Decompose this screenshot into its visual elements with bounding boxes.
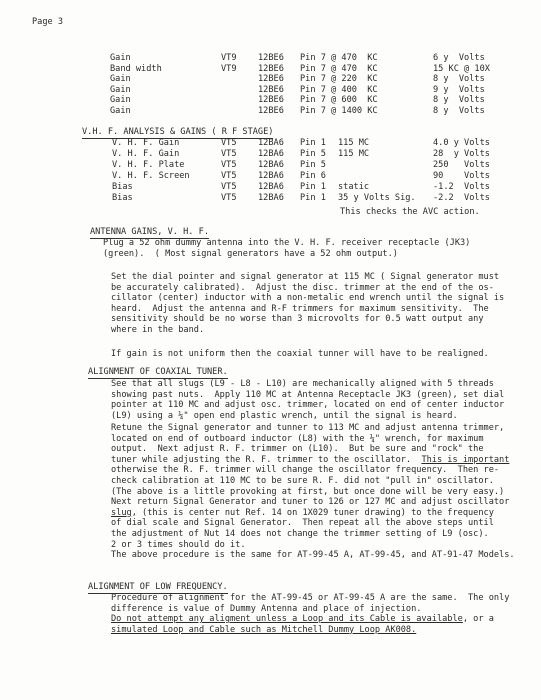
coax-p2-pre-text: check calibration at 110 MC to be sure R… — [111, 476, 494, 486]
page-label: Page 3 — [32, 17, 63, 27]
coax-p2-line: located on end of outboard inductor (L8)… — [111, 434, 541, 445]
coax-p2-pre-text: Retune the Signal generator and tunner t… — [111, 423, 504, 433]
coaxial-tuner-heading: ALIGNMENT OF COAXIAL TUNER. — [88, 367, 228, 379]
vhf-label: Bias — [112, 193, 133, 204]
warning-underlined-text: Do not attempt any aligment unless a Loo… — [111, 614, 463, 624]
vhf-value: 90 Volts — [433, 171, 490, 182]
vhf-tube: 12BA6 — [258, 149, 284, 160]
vhf-label: Bias — [112, 182, 133, 193]
vhf-tube: 12BA6 — [258, 182, 284, 193]
antenna-p2-line: sensitivity should be no worse than 3 mi… — [111, 314, 541, 325]
coax-p2-line: tuner while adjusting the R. F. trimmer … — [111, 455, 541, 466]
coax-p2-line: Next return Signal Generator and tuner t… — [111, 497, 541, 508]
vhf-tube: 12BA6 — [258, 171, 284, 182]
vhf-label: V. H. F. Gain — [112, 149, 179, 160]
coax-p2-pre-text: located on end of outboard inductor (L8)… — [111, 434, 484, 444]
if-label: Gain — [110, 95, 131, 106]
coax-p2-ul-text: slug — [111, 508, 132, 518]
coax-p2-line: (The above is a little provoking at firs… — [111, 487, 541, 498]
if-label: Gain — [110, 85, 131, 96]
if-pin: Pin 7 @ 470 KC — [300, 64, 378, 75]
vhf-cond: 35 y Volts Sig. — [338, 193, 416, 204]
coax-p2-pre-text: output. Next adjust R. F. trimmer on (L1… — [111, 444, 484, 454]
vhf-value: -2.2 Volts — [433, 193, 490, 204]
coax-p2-line: check calibration at 110 MC to be sure R… — [111, 476, 541, 487]
coax-p2-pre-text: otherwise the R. F. trimmer will change … — [111, 465, 499, 475]
coax-p2-pre-text: 2 or 3 times should do it. — [111, 540, 246, 550]
if-pin: Pin 7 @ 220 KC — [300, 74, 378, 85]
low-frequency-warning: Do not attempt any aligment unless a Loo… — [111, 614, 541, 635]
warning-line-2: simulated Loop and Cable such as Mitchel… — [111, 625, 541, 636]
coax-p2-line: The above procedure is the same for AT-9… — [111, 550, 541, 561]
if-value: 8 y Volts — [433, 74, 485, 85]
if-tube: 12BE6 — [258, 95, 284, 106]
vhf-tube_ref: VT5 — [221, 138, 237, 149]
if-tube: 12BE6 — [258, 53, 284, 64]
antenna-p3-line: If gain is not uniform then the coaxial … — [111, 349, 541, 360]
warning-tail: , or a — [463, 614, 494, 624]
vhf-label: V. H. F. Gain — [112, 138, 179, 149]
vhf-pin: Pin 1 — [300, 138, 326, 149]
vhf-cond: 115 MC — [338, 138, 369, 149]
if-tube_ref: VT9 — [221, 53, 237, 64]
if-value: 9 y Volts — [433, 85, 485, 96]
coax-p2-ul-text: This is important — [421, 455, 509, 465]
if-tube: 12BE6 — [258, 64, 284, 75]
coax-p2-line: the adjustment of Nut 14 does not change… — [111, 529, 541, 540]
avc-note: This checks the AVC action. — [340, 207, 480, 217]
vhf-tube: 12BA6 — [258, 160, 284, 171]
antenna-paragraph-3: If gain is not uniform then the coaxial … — [111, 349, 541, 360]
coaxial-paragraph-2: Retune the Signal generator and tunner t… — [111, 423, 541, 561]
vhf-pin: Pin 5 — [300, 160, 326, 171]
if-value: 8 y Volts — [433, 95, 485, 106]
coax-p2-pre-text: The above procedure is the same for AT-9… — [111, 550, 515, 560]
lowfreq-p1-line: Procedure of alignment for the AT-99-45 … — [111, 593, 541, 604]
vhf-tube_ref: VT5 — [221, 160, 237, 171]
if-value: 15 KC @ 10X — [433, 64, 490, 75]
vhf-tube: 12BA6 — [258, 138, 284, 149]
antenna-p2-line: Set the dial pointer and signal generato… — [111, 272, 541, 283]
coax-p1-line: See that all slugs (L9 - L8 - L10) are m… — [111, 379, 541, 390]
coax-p2-pre-text: the adjustment of Nut 14 does not change… — [111, 529, 489, 539]
vhf-tube: 12BA6 — [258, 193, 284, 204]
coax-p2-line: of dial scale and Signal Generator. Then… — [111, 518, 541, 529]
antenna-p2-line: heard. Adjust the antenna and R-F trimme… — [111, 304, 541, 315]
if-label: Gain — [110, 53, 131, 64]
vhf-tube_ref: VT5 — [221, 171, 237, 182]
vhf-value: 250 Volts — [433, 160, 490, 171]
vhf-tube_ref: VT5 — [221, 182, 237, 193]
coax-p2-pre-text: of dial scale and Signal Generator. Then… — [111, 518, 494, 528]
if-label: Gain — [110, 106, 131, 117]
coax-p1-line: (L9) using a ¼" open end plastic wrench,… — [111, 411, 541, 422]
if-label: Gain — [110, 74, 131, 85]
vhf-value: 4.0 y Volts — [433, 138, 490, 149]
if-tube: 12BE6 — [258, 106, 284, 117]
coaxial-paragraph-1: See that all slugs (L9 - L8 - L10) are m… — [111, 379, 541, 421]
vhf-pin: Pin 1 — [300, 193, 326, 204]
vhf-label: V. H. F. Screen — [112, 171, 190, 182]
vhf-tube_ref: VT5 — [221, 149, 237, 160]
low-frequency-paragraph: Procedure of alignment for the AT-99-45 … — [111, 593, 541, 614]
coax-p2-pre-text: tuner while adjusting the R. F. trimmer … — [111, 455, 421, 465]
coax-p2-pre-text: Next return Signal Generator and tuner t… — [111, 497, 509, 507]
coax-p2-line: otherwise the R. F. trimmer will change … — [111, 465, 541, 476]
if-value: 8 y Volts — [433, 106, 485, 117]
if-label: Band width — [110, 64, 162, 75]
vhf-cond: static — [338, 182, 369, 193]
coax-p2-pre-text: (The above is a little provoking at firs… — [111, 487, 504, 497]
if-pin: Pin 7 @ 400 KC — [300, 85, 378, 96]
vhf-cond: 115 MC — [338, 149, 369, 160]
if-tube_ref: VT9 — [221, 64, 237, 75]
vhf-pin: Pin 6 — [300, 171, 326, 182]
vhf-value: 28 y Volts — [433, 149, 490, 160]
antenna-p1-line: (green). ( Most signal generators have a… — [103, 249, 541, 260]
if-pin: Pin 7 @ 600 KC — [300, 95, 378, 106]
coax-p2-line: slug, (this is center nut Ref. 14 on 1X0… — [111, 508, 541, 519]
if-pin: Pin 7 @ 1400 KC — [300, 106, 378, 117]
coax-p1-line: pointer at 110 MC and adjust osc. trimme… — [111, 400, 541, 411]
if-value: 6 y Volts — [433, 53, 485, 64]
coax-p2-line: Retune the Signal generator and tunner t… — [111, 423, 541, 434]
antenna-paragraph-2: Set the dial pointer and signal generato… — [111, 272, 541, 336]
vhf-pin: Pin 5 — [300, 149, 326, 160]
if-pin: Pin 7 @ 470 KC — [300, 53, 378, 64]
vhf-pin: Pin 1 — [300, 182, 326, 193]
warning-line-1: Do not attempt any aligment unless a Loo… — [111, 614, 541, 625]
antenna-p2-line: be accurately calibrated). Adjust the di… — [111, 283, 541, 294]
vhf-label: V. H. F. Plate — [112, 160, 184, 171]
antenna-paragraph-1: Plug a 52 ohm dummy antenna into the V. … — [103, 238, 541, 259]
coax-p2-post-text: , (this is center nut Ref. 14 on 1X029 t… — [132, 508, 494, 518]
vhf-tube_ref: VT5 — [221, 193, 237, 204]
lowfreq-p1-line: difference is value of Dummy Antenna and… — [111, 604, 541, 615]
if-tube: 12BE6 — [258, 85, 284, 96]
antenna-p2-line: where in the band. — [111, 325, 541, 336]
coax-p2-line: 2 or 3 times should do it. — [111, 540, 541, 551]
coax-p2-line: output. Next adjust R. F. trimmer on (L1… — [111, 444, 541, 455]
if-tube: 12BE6 — [258, 74, 284, 85]
vhf-value: -1.2 Volts — [433, 182, 490, 193]
antenna-p1-line: Plug a 52 ohm dummy antenna into the V. … — [103, 238, 541, 249]
coax-p1-line: showing past nuts. Apply 110 MC at Anten… — [111, 390, 541, 401]
antenna-p2-line: cillator (center) inductor with a non-me… — [111, 293, 541, 304]
